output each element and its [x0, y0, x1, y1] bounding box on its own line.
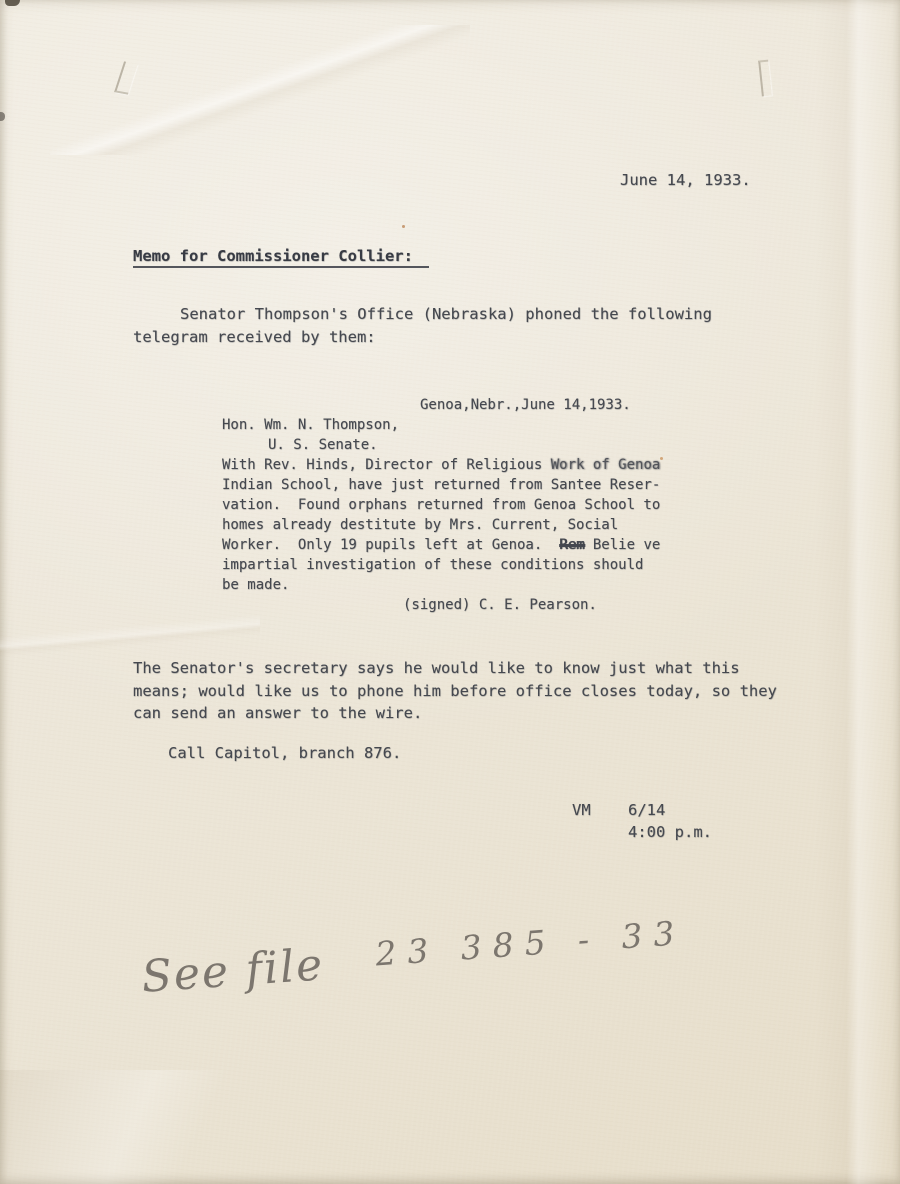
telegram-addressee-name: Hon. Wm. N. Thompson, — [222, 415, 692, 435]
telegram-body-line-1-text: With Rev. Hinds, Director of Religious — [222, 457, 551, 473]
telegram-body-line-2: Indian School, have just returned from S… — [222, 475, 692, 495]
telegram-block: Genoa,Nebr.,June 14,1933. Hon. Wm. N. Th… — [222, 395, 692, 615]
telegram-signature: (signed) C. E. Pearson. — [403, 595, 692, 615]
staple-mark-right — [758, 60, 772, 97]
memo-heading: Memo for Commissioner Collier: — [133, 247, 429, 268]
handwritten-file-number: 23 385 - 33 — [374, 913, 687, 974]
telegram-body-line-1-smudged-text: Work of Genoa — [551, 457, 661, 473]
staple-mark-left — [114, 61, 138, 94]
paper-crease — [815, 0, 885, 1184]
telegram-body-line-1: With Rev. Hinds, Director of Religious W… — [222, 455, 692, 475]
paper-crease — [50, 25, 470, 155]
telegram-struck-word: Rem — [559, 537, 584, 553]
telegram-body-line-5-suffix: Belie ve — [584, 537, 660, 553]
date-line: June 14, 1933. — [620, 171, 751, 189]
memo-document: June 14, 1933. Memo for Commissioner Col… — [0, 0, 900, 1184]
telegram-body-line-7: be made. — [222, 575, 692, 595]
edge-speck-mark — [0, 112, 5, 121]
telegram-body-line-3: vation. Found orphans returned from Geno… — [222, 495, 692, 515]
telegram-body-line-5-text: Worker. Only 19 pupils left at Genoa. — [222, 537, 559, 553]
handwritten-file-note: See file23 385 - 33 — [140, 913, 702, 1003]
telegram-body-line-6: impartial investigation of these conditi… — [222, 555, 692, 575]
telegram-body-line-5: Worker. Only 19 pupils left at Genoa. Re… — [222, 535, 692, 555]
initials-timestamp: VM 6/14 4:00 p.m. — [572, 799, 712, 843]
telegram-body-line-4: homes already destitute by Mrs. Current,… — [222, 515, 692, 535]
handwritten-see-file-text: See file — [140, 939, 326, 1003]
telegram-addressee-org: U. S. Senate. — [268, 435, 692, 455]
paper-speck — [402, 225, 405, 228]
telegram-dateline: Genoa,Nebr.,June 14,1933. — [420, 395, 692, 415]
corner-nick-mark — [5, 0, 20, 6]
closing-paragraph: The Senator's secretary says he would li… — [133, 657, 813, 725]
call-instruction: Call Capitol, branch 876. — [168, 744, 401, 762]
intro-paragraph: Senator Thompson's Office (Nebraska) pho… — [133, 303, 753, 349]
paper-crease — [0, 1070, 300, 1184]
